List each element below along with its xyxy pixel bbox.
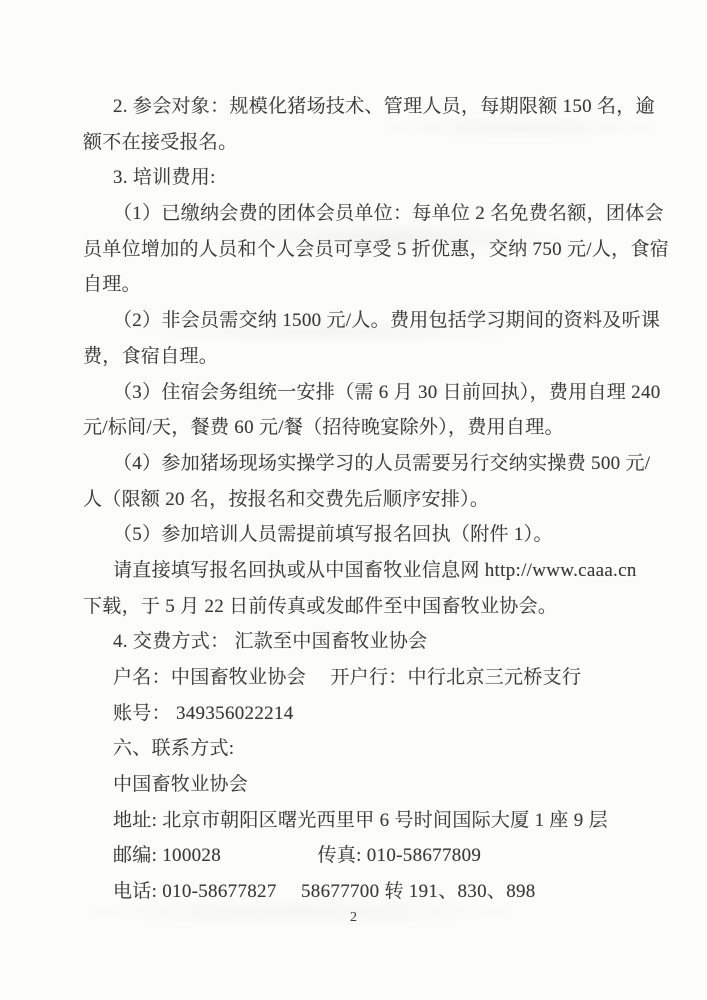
page-number: 2 (0, 908, 707, 928)
text-line: 4. 交费方式： 汇款至中国畜牧业协会 (83, 624, 667, 660)
text-line: 元/标间/天，餐费 60 元/餐（招待晚宴除外），费用自理。 (83, 410, 667, 446)
text-line: 员单位增加的人员和个人会员可享受 5 折优惠，交纳 750 元/人，食宿 (83, 232, 667, 268)
text-line: 中国畜牧业协会 (83, 767, 667, 803)
text-line: 邮编: 100028 传真: 010-58677809 (83, 838, 667, 874)
text-line: 自理。 (83, 267, 667, 303)
text-line: （1）已缴纳会费的团体会员单位：每单位 2 名免费名额，团体会 (83, 196, 667, 232)
document-body: 2. 参会对象：规模化猪场技术、管理人员，每期限额 150 名，逾额不在接受报名… (83, 89, 667, 910)
text-line: 六、联系方式: (83, 731, 667, 767)
text-line: （3）住宿会务组统一安排（需 6 月 30 日前回执），费用自理 240 (83, 375, 667, 411)
text-line: 3. 培训费用: (83, 160, 667, 196)
text-line: 额不在接受报名。 (83, 125, 667, 161)
text-line: （2）非会员需交纳 1500 元/人。费用包括学习期间的资料及听课 (83, 303, 667, 339)
document-page: 2. 参会对象：规模化猪场技术、管理人员，每期限额 150 名，逾额不在接受报名… (0, 0, 707, 1000)
text-line: 户名：中国畜牧业协会 开户行：中行北京三元桥支行 (83, 660, 667, 696)
text-line: 请直接填写报名回执或从中国畜牧业信息网 http://www.caaa.cn (83, 553, 667, 589)
text-line: 费，食宿自理。 (83, 339, 667, 375)
text-line: 人（限额 20 名，按报名和交费先后顺序安排）。 (83, 482, 667, 518)
text-line: 2. 参会对象：规模化猪场技术、管理人员，每期限额 150 名，逾 (83, 89, 667, 125)
text-line: 账号： 349356022214 (83, 696, 667, 732)
text-line: 电话: 010-58677827 58677700 转 191、830、898 (83, 874, 667, 910)
text-line: （4）参加猪场现场实操学习的人员需要另行交纳实操费 500 元/ (83, 446, 667, 482)
text-line: 地址: 北京市朝阳区曙光西里甲 6 号时间国际大厦 1 座 9 层 (83, 803, 667, 839)
text-line: 下载，于 5 月 22 日前传真或发邮件至中国畜牧业协会。 (83, 589, 667, 625)
text-line: （5）参加培训人员需提前填写报名回执（附件 1）。 (83, 517, 667, 553)
